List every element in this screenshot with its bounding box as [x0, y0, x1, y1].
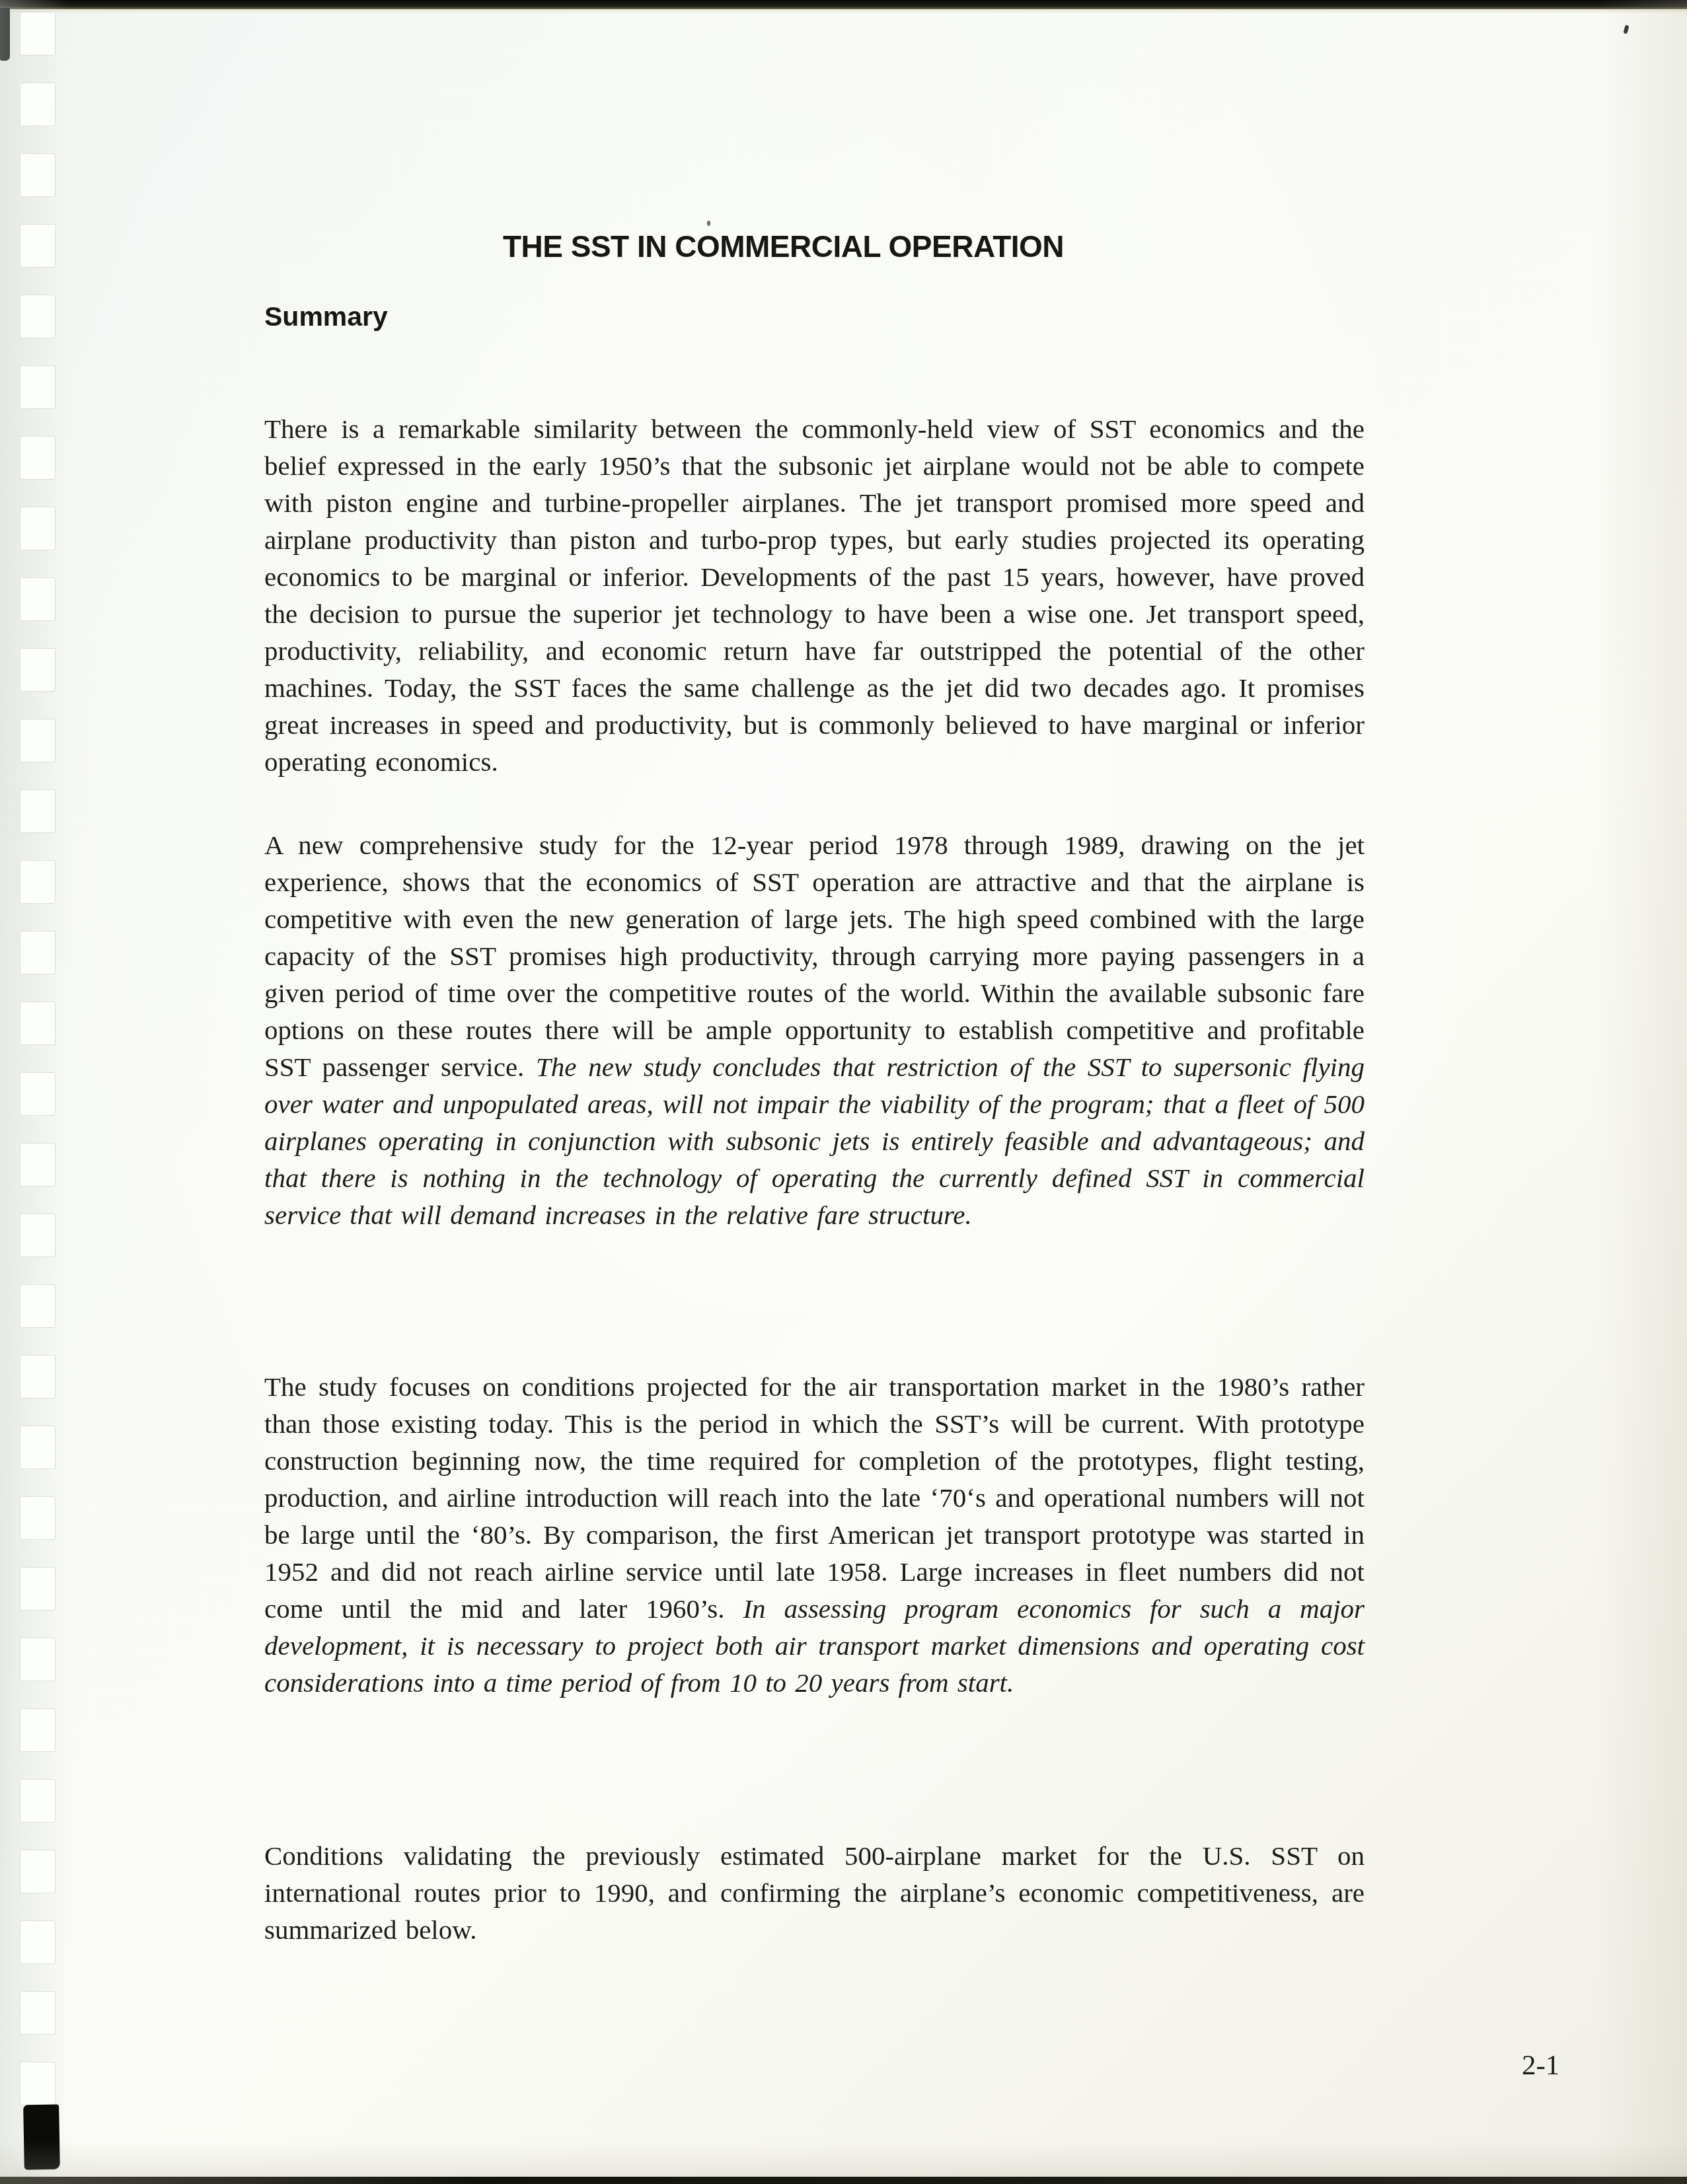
punch-hole: [20, 1920, 56, 1964]
punch-hole: [20, 153, 56, 197]
paragraph-text-run: A new comprehensive study for the 12-yea…: [264, 830, 1365, 1082]
punch-hole: [20, 1567, 56, 1611]
punch-hole: [20, 1143, 56, 1186]
punch-hole: [20, 577, 56, 621]
punch-hole: [20, 1355, 56, 1399]
scan-top-edge-shadow: [0, 9, 1687, 13]
punch-hole: [20, 1638, 56, 1681]
punch-hole: [20, 507, 56, 550]
punch-hole: [20, 789, 56, 833]
section-heading-summary: Summary: [264, 301, 388, 332]
paragraph: The study focuses on conditions projecte…: [264, 1368, 1365, 1701]
punch-hole: [20, 2062, 56, 2105]
punch-hole: [20, 1001, 56, 1045]
punch-hole: [20, 1708, 56, 1752]
punch-hole: [20, 365, 56, 409]
punch-hole: [20, 83, 56, 126]
page-bottom-edge-shading: [0, 2140, 1687, 2177]
punch-hole: [20, 436, 56, 480]
punch-hole: [20, 860, 56, 904]
punch-hole: [20, 648, 56, 692]
punch-hole: [20, 1072, 56, 1116]
paragraph-text-run: There is a remarkable similarity between…: [264, 414, 1365, 777]
punch-hole: [20, 1214, 56, 1257]
ink-speck: [707, 221, 710, 226]
paragraph-text-run: Conditions validating the previously est…: [264, 1840, 1365, 1945]
paragraph: There is a remarkable similarity between…: [264, 410, 1365, 780]
punch-hole: [20, 1426, 56, 1469]
paragraph-text-run: The study focuses on conditions projecte…: [264, 1371, 1365, 1624]
punch-hole: [20, 1991, 56, 2035]
punch-hole: [20, 295, 56, 338]
punch-hole: [20, 1284, 56, 1328]
punch-hole: [20, 1496, 56, 1540]
punch-hole: [20, 12, 56, 55]
page-right-edge-shading: [1594, 0, 1687, 2184]
punch-hole: [20, 224, 56, 268]
punch-hole: [20, 719, 56, 762]
scan-bottom-edge: [0, 2177, 1687, 2184]
punch-hole: [20, 931, 56, 974]
page-title: THE SST IN COMMERCIAL OPERATION: [264, 229, 1365, 264]
scanned-document-page: THE SST IN COMMERCIAL OPERATION Summary …: [0, 0, 1687, 2184]
page-number: 2-1: [1522, 2049, 1559, 2082]
punch-hole: [20, 1779, 56, 1823]
punch-hole: [20, 1850, 56, 1893]
paragraph: Conditions validating the previously est…: [264, 1837, 1365, 1948]
paragraph: A new comprehensive study for the 12-yea…: [264, 826, 1365, 1233]
scan-top-edge: [0, 0, 1687, 9]
